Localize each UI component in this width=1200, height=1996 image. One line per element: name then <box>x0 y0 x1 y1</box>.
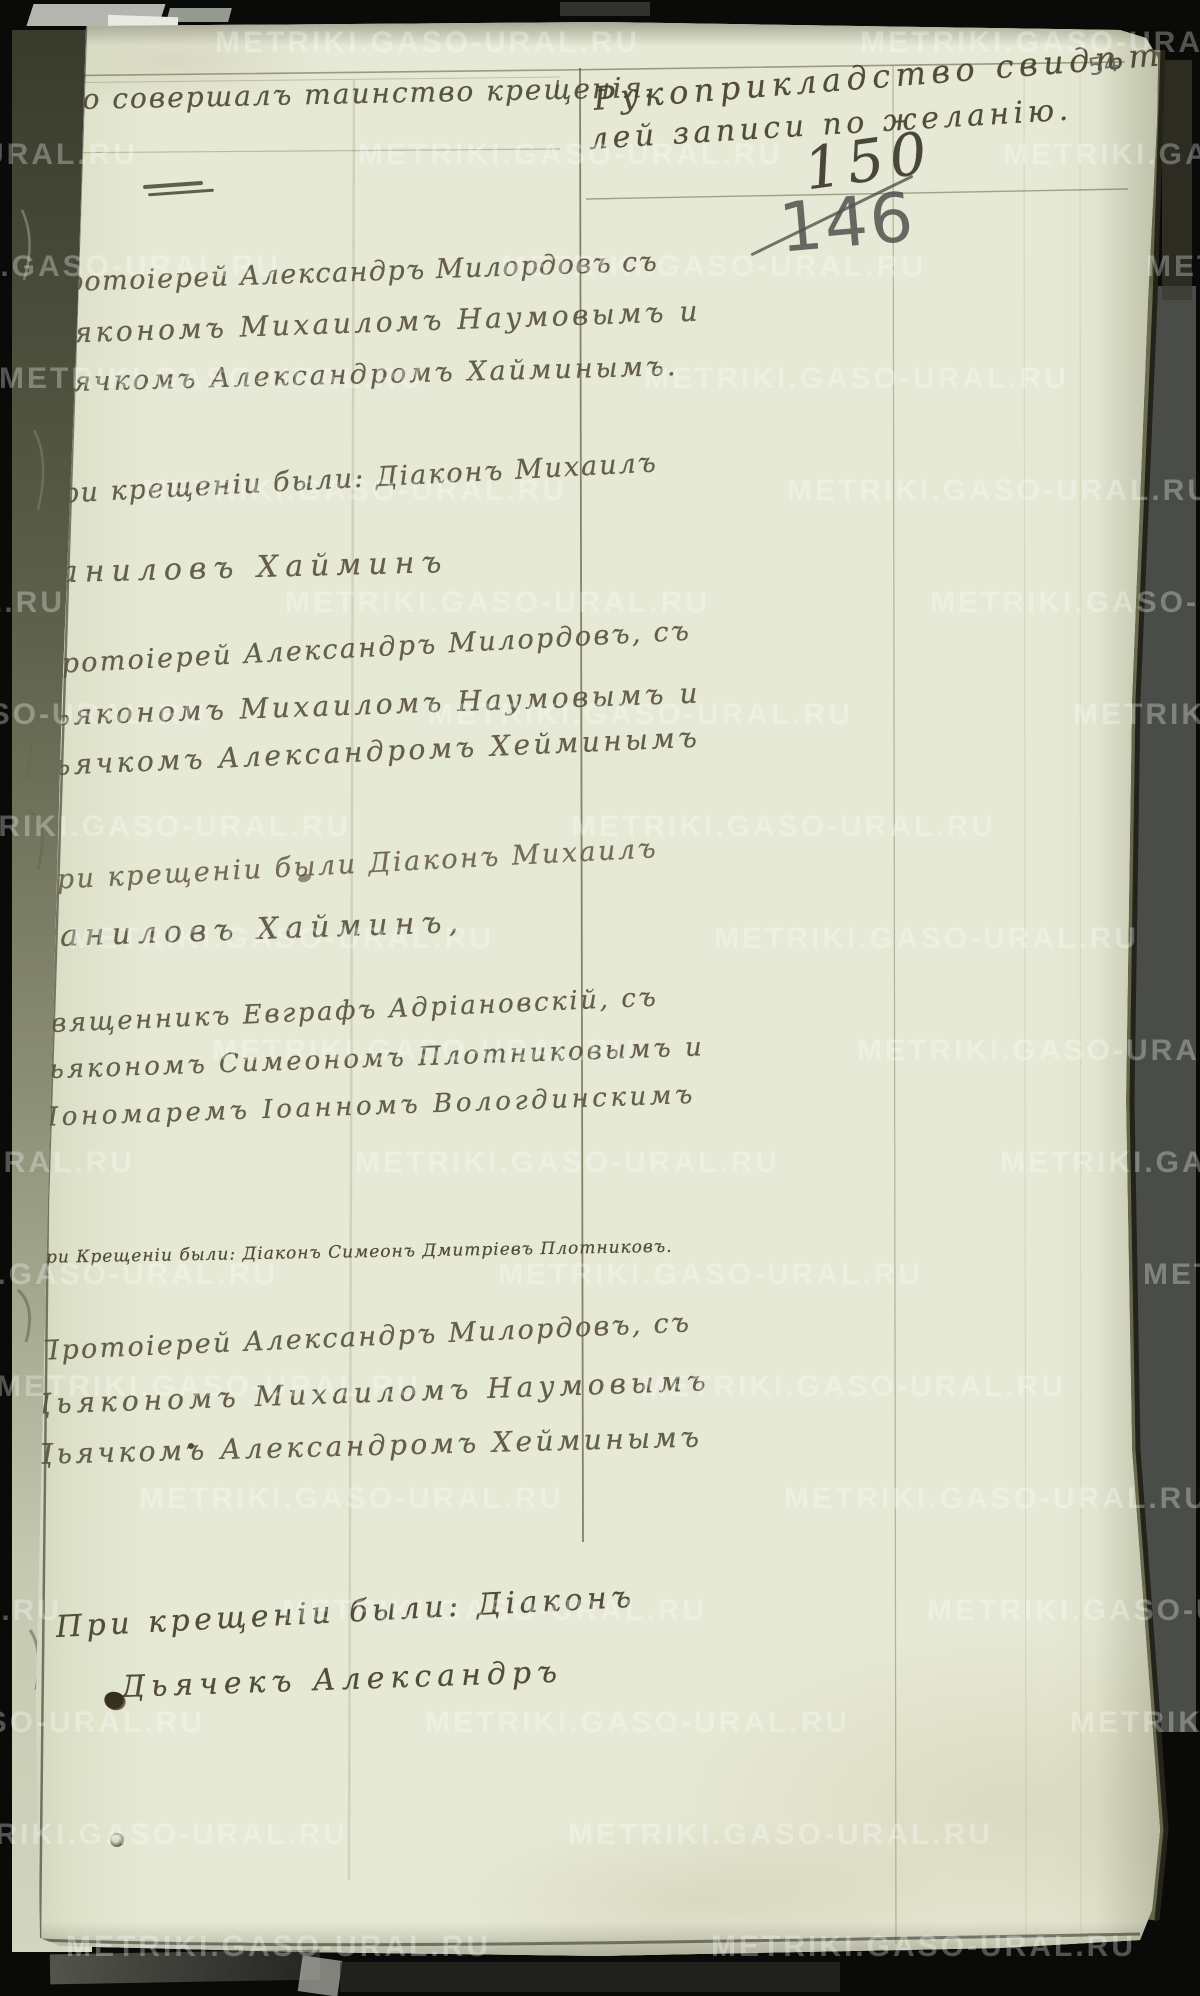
glass-glint <box>50 1950 320 1985</box>
glass-glint <box>298 1955 343 1996</box>
corner-page-number: 54 <box>1086 49 1121 82</box>
ink-speck <box>188 1443 194 1449</box>
current-folio-number: 146 <box>776 178 918 269</box>
scanner-shadow <box>340 1962 840 1992</box>
metric-book-scan: Кто совершалъ таинство крещенія. Рукопри… <box>0 0 1200 1996</box>
paper-hole <box>110 1833 124 1847</box>
manuscript-page: Кто совершалъ таинство крещенія. Рукопри… <box>0 0 1200 1996</box>
